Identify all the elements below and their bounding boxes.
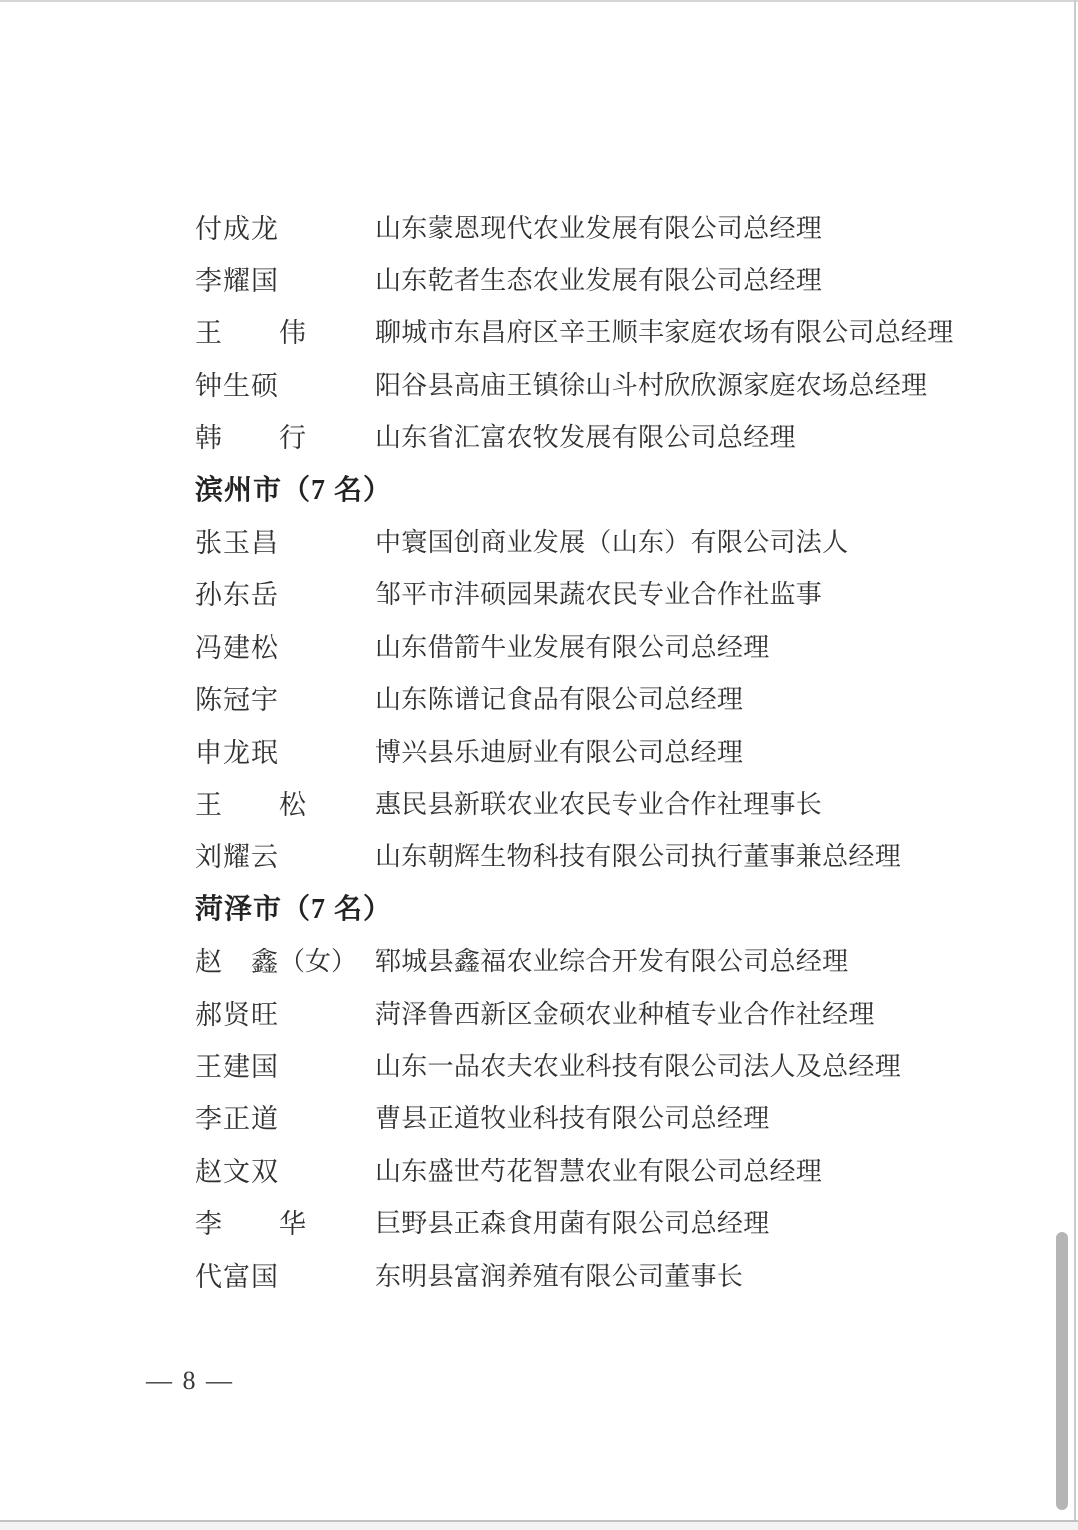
roster-row: 陈冠宇 山东陈谱记食品有限公司总经理 — [195, 672, 954, 724]
person-name: 王 伟 — [195, 311, 307, 350]
person-name: 赵文双 — [195, 1150, 279, 1189]
person-title: 山东朝辉生物科技有限公司执行董事兼总经理 — [375, 836, 901, 873]
section-heading-binzhou: 滨州市（7 名） — [195, 462, 954, 514]
person-name: 王 松 — [195, 783, 307, 822]
roster-row: 孙东岳 邹平市沣硕园果蔬农民专业合作社监事 — [195, 567, 954, 619]
person-title: 山东蒙恩现代农业发展有限公司总经理 — [375, 208, 822, 245]
person-title: 邹平市沣硕园果蔬农民专业合作社监事 — [375, 574, 822, 611]
person-name: 付成龙 — [195, 207, 279, 246]
roster-row: 钟生硕 阳谷县高庙王镇徐山斗村欣欣源家庭农场总经理 — [195, 357, 954, 409]
person-name: 李 华 — [195, 1202, 307, 1241]
person-name: 赵 鑫 — [195, 940, 279, 979]
roster-row: 李 华 巨野县正森食用菌有限公司总经理 — [195, 1195, 954, 1247]
person-name: 郝贤旺 — [195, 993, 279, 1032]
person-name: 冯建松 — [195, 626, 279, 665]
roster-row: 王 松 惠民县新联农业农民专业合作社理事长 — [195, 776, 954, 828]
person-name: 申龙珉 — [195, 731, 279, 770]
roster-row: 冯建松 山东借箭牛业发展有限公司总经理 — [195, 619, 954, 671]
person-title: 博兴县乐迪厨业有限公司总经理 — [375, 732, 743, 769]
person-title: 惠民县新联农业农民专业合作社理事长 — [375, 784, 822, 821]
roster-row: 刘耀云 山东朝辉生物科技有限公司执行董事兼总经理 — [195, 829, 954, 881]
person-title: 山东乾者生态农业发展有限公司总经理 — [375, 260, 822, 297]
person-title: 山东陈谱记食品有限公司总经理 — [375, 679, 743, 716]
page-number: — 8 — — [146, 1366, 234, 1396]
roster-row: 李耀国 山东乾者生态农业发展有限公司总经理 — [195, 252, 954, 304]
person-title: 东明县富润养殖有限公司董事长 — [375, 1256, 743, 1293]
person-name: 刘耀云 — [195, 835, 279, 874]
person-title: 菏泽鲁西新区金硕农业种植专业合作社经理 — [375, 994, 875, 1031]
person-title: 阳谷县高庙王镇徐山斗村欣欣源家庭农场总经理 — [375, 365, 927, 402]
person-name: 代富国 — [195, 1255, 279, 1294]
document-page: 付成龙 山东蒙恩现代农业发展有限公司总经理 李耀国 山东乾者生态农业发展有限公司… — [0, 0, 1078, 1530]
roster-row: 代富国 东明县富润养殖有限公司董事长 — [195, 1248, 954, 1300]
section-heading-heze: 菏泽市（7 名） — [195, 881, 954, 933]
roster-list: 付成龙 山东蒙恩现代农业发展有限公司总经理 李耀国 山东乾者生态农业发展有限公司… — [195, 200, 954, 1300]
person-name: 张玉昌 — [195, 521, 279, 560]
person-name: 李正道 — [195, 1097, 279, 1136]
roster-row: 李正道 曹县正道牧业科技有限公司总经理 — [195, 1091, 954, 1143]
roster-row: 王 伟 聊城市东昌府区辛王顺丰家庭农场有限公司总经理 — [195, 305, 954, 357]
roster-row: 韩 行 山东省汇富农牧发展有限公司总经理 — [195, 410, 954, 462]
roster-row: 赵文双 山东盛世芍花智慧农业有限公司总经理 — [195, 1143, 954, 1195]
page-bottom-margin — [0, 1522, 1078, 1530]
scrollbar-thumb[interactable] — [1056, 1232, 1068, 1510]
person-title: 郓城县鑫福农业综合开发有限公司总经理 — [375, 941, 848, 978]
page-top-edge — [0, 0, 1078, 2]
person-name: 钟生硕 — [195, 364, 279, 403]
roster-row: 张玉昌 中寰国创商业发展（山东）有限公司法人 — [195, 514, 954, 566]
roster-row: 赵 鑫 （女） 郓城县鑫福农业综合开发有限公司总经理 — [195, 933, 954, 985]
person-title: 中寰国创商业发展（山东）有限公司法人 — [375, 522, 848, 559]
person-name: 陈冠宇 — [195, 678, 279, 717]
roster-row: 付成龙 山东蒙恩现代农业发展有限公司总经理 — [195, 200, 954, 252]
person-name: 王建国 — [195, 1045, 279, 1084]
roster-row: 申龙珉 博兴县乐迪厨业有限公司总经理 — [195, 724, 954, 776]
person-gender-note: （女） — [279, 941, 357, 978]
person-title: 山东借箭牛业发展有限公司总经理 — [375, 627, 770, 664]
person-title: 山东一品农夫农业科技有限公司法人及总经理 — [375, 1046, 901, 1083]
person-title: 巨野县正森食用菌有限公司总经理 — [375, 1203, 770, 1240]
roster-row: 王建国 山东一品农夫农业科技有限公司法人及总经理 — [195, 1038, 954, 1090]
person-name: 李耀国 — [195, 259, 279, 298]
roster-row: 郝贤旺 菏泽鲁西新区金硕农业种植专业合作社经理 — [195, 986, 954, 1038]
person-title: 山东盛世芍花智慧农业有限公司总经理 — [375, 1151, 822, 1188]
person-name: 韩 行 — [195, 416, 307, 455]
scrollbar-track[interactable] — [1074, 0, 1076, 1520]
person-title: 聊城市东昌府区辛王顺丰家庭农场有限公司总经理 — [375, 312, 954, 349]
person-title: 山东省汇富农牧发展有限公司总经理 — [375, 417, 796, 454]
person-title: 曹县正道牧业科技有限公司总经理 — [375, 1098, 770, 1135]
section-heading-label: 滨州市（7 名） — [195, 468, 392, 508]
person-name: 孙东岳 — [195, 573, 279, 612]
section-heading-label: 菏泽市（7 名） — [195, 887, 392, 927]
